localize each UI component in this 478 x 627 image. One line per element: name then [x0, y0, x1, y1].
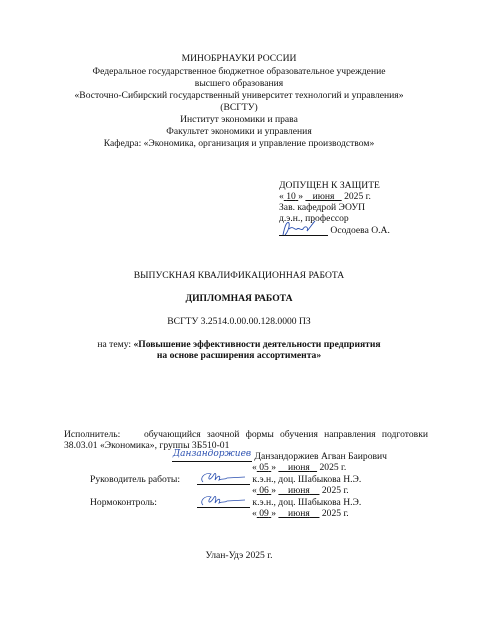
- approval-position: Зав. кафедрой ЭОУП: [279, 202, 365, 213]
- normcontrol-day: 09: [259, 508, 269, 519]
- supervisor-label: Руководитель работы:: [90, 474, 180, 485]
- executor-label: Исполнитель:: [64, 429, 120, 440]
- faculty: Факультет экономики и управления: [0, 126, 478, 137]
- theme-line-1: на тему: «Повышение эффективности деятел…: [0, 339, 478, 350]
- city-year: Улан-Удэ 2025 г.: [0, 550, 478, 561]
- supervisor-signature-row: к.э.н., доц. Шабыкова Н.Э.: [197, 474, 361, 485]
- executor-year: 2025 г.: [319, 462, 346, 473]
- approval-day: 10: [286, 191, 296, 202]
- document-code: ВСГТУ 3.2514.0.00.00.128.0000 ПЗ: [0, 316, 478, 327]
- executor-date: « 05 » июня 2025 г.: [252, 462, 346, 473]
- work-subtype: ДИПЛОМНАЯ РАБОТА: [0, 293, 478, 304]
- normcontrol-signature-line: [197, 497, 250, 508]
- executor-description-1: обучающийся заочной формы обучения напра…: [144, 429, 428, 440]
- executor-row: Исполнитель: обучающийся заочной формы о…: [64, 429, 428, 440]
- ministry: МИНОБРНАУКИ РОССИИ: [0, 53, 478, 64]
- approval-year: 2025 г.: [344, 191, 371, 202]
- executor-name: Данзандоржиев Агван Баирович: [254, 451, 387, 462]
- supervisor-name: к.э.н., доц. Шабыкова Н.Э.: [252, 474, 361, 485]
- institution-type-level: высшего образования: [0, 78, 478, 89]
- approval-month: июня: [313, 191, 335, 202]
- supervisor-year: 2025 г.: [322, 485, 349, 496]
- approval-signature-row: Осодоева О.А.: [279, 225, 390, 236]
- executor-day: 05: [259, 462, 269, 473]
- signature-icon: [197, 468, 249, 486]
- theme-prefix: на тему:: [97, 339, 131, 350]
- signature-icon: [197, 491, 249, 509]
- university-name: «Восточно-Сибирский государственный унив…: [0, 90, 478, 101]
- theme-line-2: на основе расширения ассортимента»: [0, 350, 478, 361]
- institution-type: Федеральное государственное бюджетное об…: [0, 66, 478, 77]
- approval-title: ДОПУЩЕН К ЗАЩИТЕ: [279, 180, 380, 191]
- theme-title: «Повышение эффективности деятельности пр…: [133, 339, 380, 350]
- supervisor-signature-line: [197, 474, 250, 485]
- university-abbr: (ВСГТУ): [0, 102, 478, 113]
- approval-signature-line: [279, 225, 328, 236]
- supervisor-month: июня: [288, 485, 310, 496]
- executor-signature: Данзандоржиев: [173, 449, 251, 459]
- normcontrol-month: июня: [288, 508, 310, 519]
- normcontrol-name: к.э.н., доц. Шабыкова Н.Э.: [252, 497, 361, 508]
- normcontrol-label: Нормоконтроль:: [90, 497, 157, 508]
- executor-signature-line: Данзандоржиев: [172, 451, 252, 462]
- approval-date: « 10 » июня 2025 г.: [279, 191, 371, 202]
- approval-name: Осодоева О.А.: [330, 225, 389, 236]
- normcontrol-year: 2025 г.: [322, 508, 349, 519]
- supervisor-day: 06: [259, 485, 269, 496]
- supervisor-date: « 06 » июня 2025 г.: [252, 485, 349, 496]
- signature-icon: [279, 219, 319, 239]
- executor-signature-row: Данзандоржиев Данзандоржиев Агван Баиров…: [172, 451, 387, 462]
- work-type: ВЫПУСКНАЯ КВАЛИФИКАЦИОННАЯ РАБОТА: [0, 270, 478, 281]
- normcontrol-date: « 09 » июня 2025 г.: [252, 508, 349, 519]
- department: Кафедра: «Экономика, организация и управ…: [0, 138, 478, 149]
- normcontrol-signature-row: к.э.н., доц. Шабыкова Н.Э.: [197, 497, 361, 508]
- executor-month: июня: [288, 462, 310, 473]
- institute: Институт экономики и права: [0, 114, 478, 125]
